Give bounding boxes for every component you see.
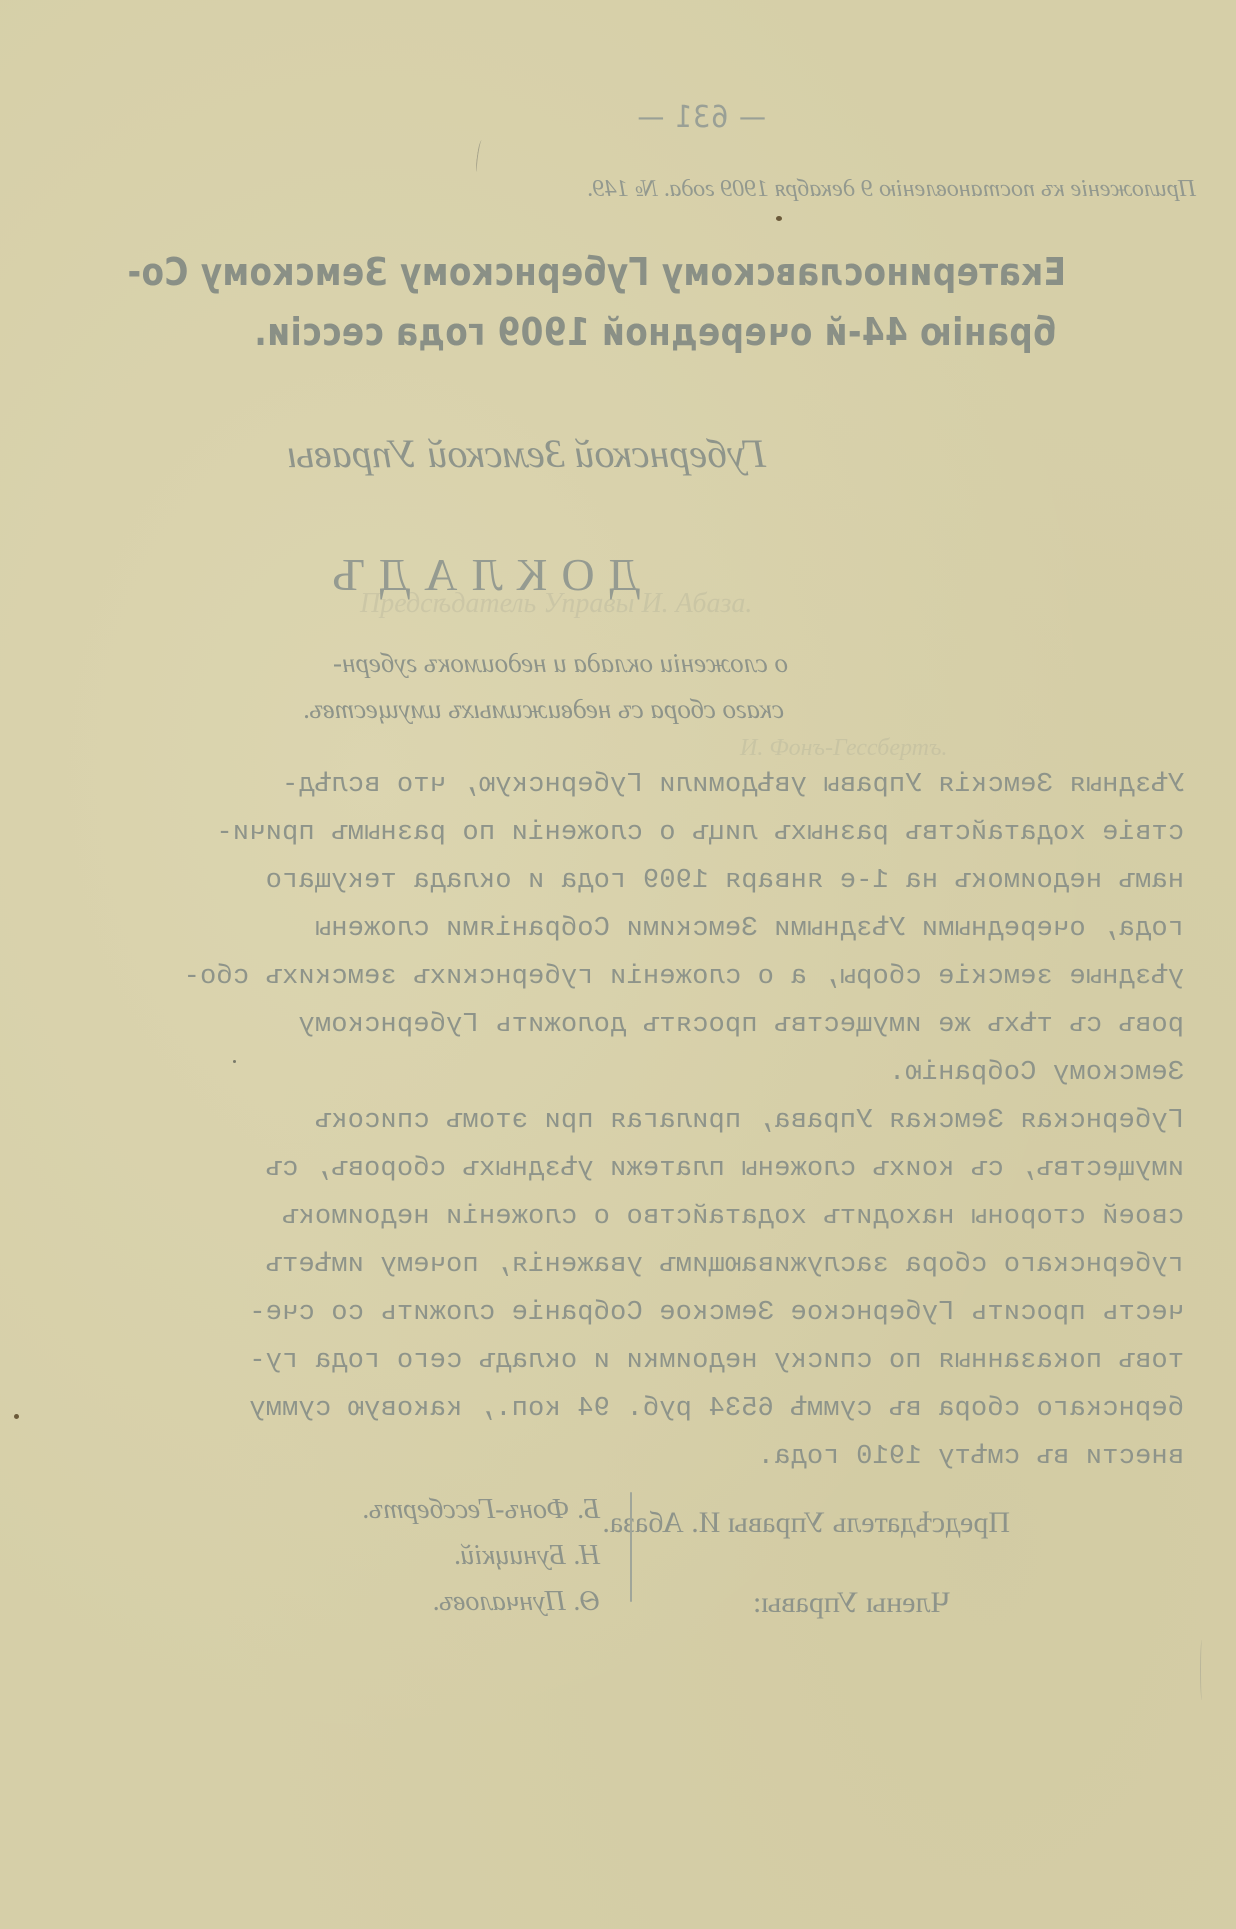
- member-name: Б. Фонъ-Гессбертъ.: [362, 1494, 600, 1526]
- paper-speck: [776, 216, 782, 221]
- body-line: своей стороны находитъ ходатайство о сло…: [282, 1202, 1184, 1232]
- mirrored-page: — 631 — Приложеніе къ постановленію 9 де…: [0, 0, 1236, 1929]
- member-name: Н. Буницкій.: [453, 1540, 600, 1572]
- body-line: ствіе ходатайствъ разныхъ лицъ о сложені…: [216, 818, 1184, 848]
- body-line: Земскому Собранію.: [889, 1058, 1184, 1088]
- report-heading: ДОКЛАДЪ: [318, 548, 640, 601]
- chairman-signature: Предсѣдатель Управы И. Абаза.: [602, 1506, 1010, 1540]
- members-label: Члены Управы:: [753, 1586, 950, 1620]
- document-title-line-2: бранію 44-й очередной 1909 года сессіи.: [254, 310, 1056, 354]
- body-line: ровъ съ тѣхъ же имуществъ просятъ доложи…: [298, 1010, 1184, 1040]
- member-name: Ѳ. Пунчаловъ.: [432, 1586, 600, 1618]
- body-line: губернскаго сбора заслуживающимъ уважені…: [265, 1250, 1184, 1280]
- body-line: внести въ смѣту 1910 года.: [758, 1442, 1184, 1472]
- body-line: имуществъ, съ коихъ сложены платежи уѣзд…: [265, 1154, 1184, 1184]
- authority-line: Губернской Земской Управы: [287, 430, 766, 477]
- body-line: намъ недоимокъ на 1-е января 1909 года и…: [265, 866, 1184, 896]
- paper-edge-mark: [1200, 1640, 1204, 1700]
- page-number: — 631 —: [636, 100, 766, 135]
- document-title-line-1: Екатеринославскому Губернскому Земскому …: [127, 250, 1066, 294]
- report-topic-line-1: о сложеніи оклада и недоимокъ губерн-: [333, 648, 788, 679]
- body-line: честь просить Губернское Земское Собрані…: [249, 1298, 1184, 1328]
- body-line: года, очередными Уѣздными Земскими Собра…: [315, 914, 1184, 944]
- paper-speck: [233, 1060, 236, 1063]
- body-line: бернскаго сбора въ суммѣ 6534 руб. 94 ко…: [249, 1394, 1184, 1424]
- body-line: товъ показанныя по списку недоимки и окл…: [249, 1346, 1184, 1376]
- paper-speck: [14, 1414, 19, 1419]
- appendix-note: Приложеніе къ постановленію 9 декабря 19…: [587, 176, 1196, 203]
- report-topic-line-2: скаго сбора съ недвижимыхъ имуществъ.: [302, 694, 784, 725]
- body-line: Уѣздныя Земскія Управы увѣдомили Губернс…: [282, 770, 1184, 800]
- members-brace: [630, 1492, 632, 1602]
- body-line: уѣздные земскіе сборы, а о сложеніи губе…: [183, 962, 1184, 992]
- body-line: Губернская Земская Управа, прилагая при …: [315, 1106, 1184, 1136]
